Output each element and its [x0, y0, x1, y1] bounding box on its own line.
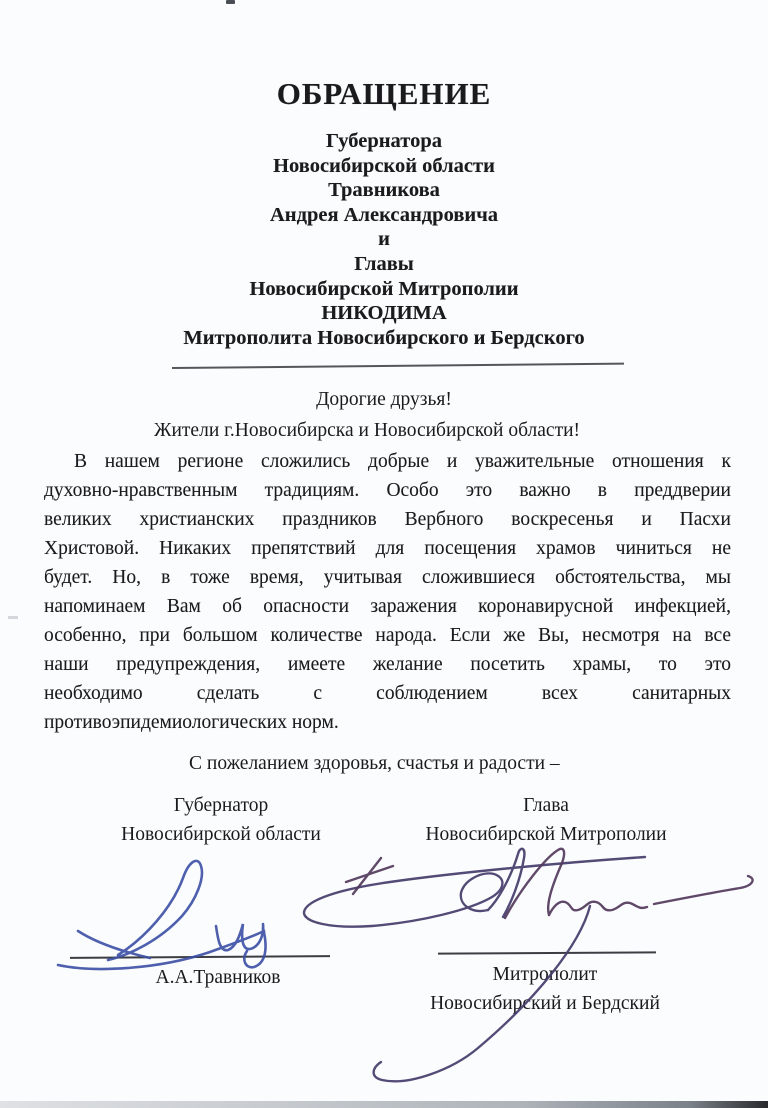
header-line: Губернатора — [0, 129, 768, 154]
header-line: и — [0, 227, 768, 252]
scan-speck-top — [226, 0, 235, 4]
scan-speck-left — [8, 616, 18, 619]
scan-edge-shadow — [0, 1101, 768, 1108]
signature-line-left — [70, 955, 330, 959]
signatory-title-metropolitan: Глава Новосибирской Митрополии — [396, 791, 696, 849]
signatory-title-line: Глава — [396, 791, 696, 820]
header-line: НИКОДИМА — [0, 301, 768, 326]
body-line: наши предупреждения, имеете желание посе… — [44, 650, 731, 679]
signatory-title-line: Новосибирской области — [71, 820, 371, 849]
document-title: ОБРАЩЕНИЕ — [0, 76, 768, 112]
signatory-name-line: Новосибирский и Бердский — [395, 990, 695, 1019]
document-header: Губернатора Новосибирской области Травни… — [0, 129, 768, 350]
header-divider-line — [172, 363, 624, 369]
body-line: Христовой. Никаких препятствий для посещ… — [44, 534, 731, 563]
nikodim-signature-detail — [346, 849, 753, 918]
body-line: великих христианских праздников Вербного… — [44, 505, 731, 534]
body-paragraph: В нашем регионе сложились добрые и уважи… — [44, 447, 731, 737]
document-page: ОБРАЩЕНИЕ Губернатора Новосибирской обла… — [0, 0, 768, 1108]
body-line: необходимо сделать с соблюдением всех са… — [44, 679, 731, 708]
signatory-title-line: Новосибирской Митрополии — [396, 820, 696, 849]
header-line: Новосибирской Митрополии — [0, 277, 768, 302]
signatory-name-travnikov: А.А.Травников — [68, 964, 368, 993]
salutation-line: Жители г.Новосибирска и Новосибирской об… — [154, 420, 580, 442]
header-line: Андрея Александровича — [0, 203, 768, 228]
header-line: Главы — [0, 252, 768, 277]
body-line: будет. Но, в тоже время, учитывая сложив… — [44, 563, 731, 592]
header-line: Травникова — [0, 178, 768, 203]
body-line: противоэпидемиологических норм. — [44, 708, 731, 737]
travnikov-signature — [58, 861, 266, 969]
closing-line: С пожеланием здоровья, счастья и радости… — [189, 753, 560, 775]
signatory-title-line: Губернатор — [71, 791, 371, 820]
header-line: Новосибирской области — [0, 154, 768, 179]
signatory-name-nikodim: Митрополит Новосибирский и Бердский — [395, 961, 695, 1018]
body-line: напоминаем Вам об опасности заражения ко… — [44, 592, 731, 621]
signature-line-right — [438, 951, 656, 954]
signatory-name-line: Митрополит — [395, 961, 695, 990]
header-line: Митрополита Новосибирского и Бердского — [0, 326, 768, 351]
signatory-title-governor: Губернатор Новосибирской области — [71, 791, 371, 849]
body-line: духовно-нравственным традициям. Особо эт… — [44, 476, 731, 505]
body-line: В нашем регионе сложились добрые и уважи… — [44, 447, 731, 476]
body-line: особенно, при большом количестве народа.… — [44, 621, 731, 650]
salutation-line: Дорогие друзья! — [0, 389, 768, 411]
